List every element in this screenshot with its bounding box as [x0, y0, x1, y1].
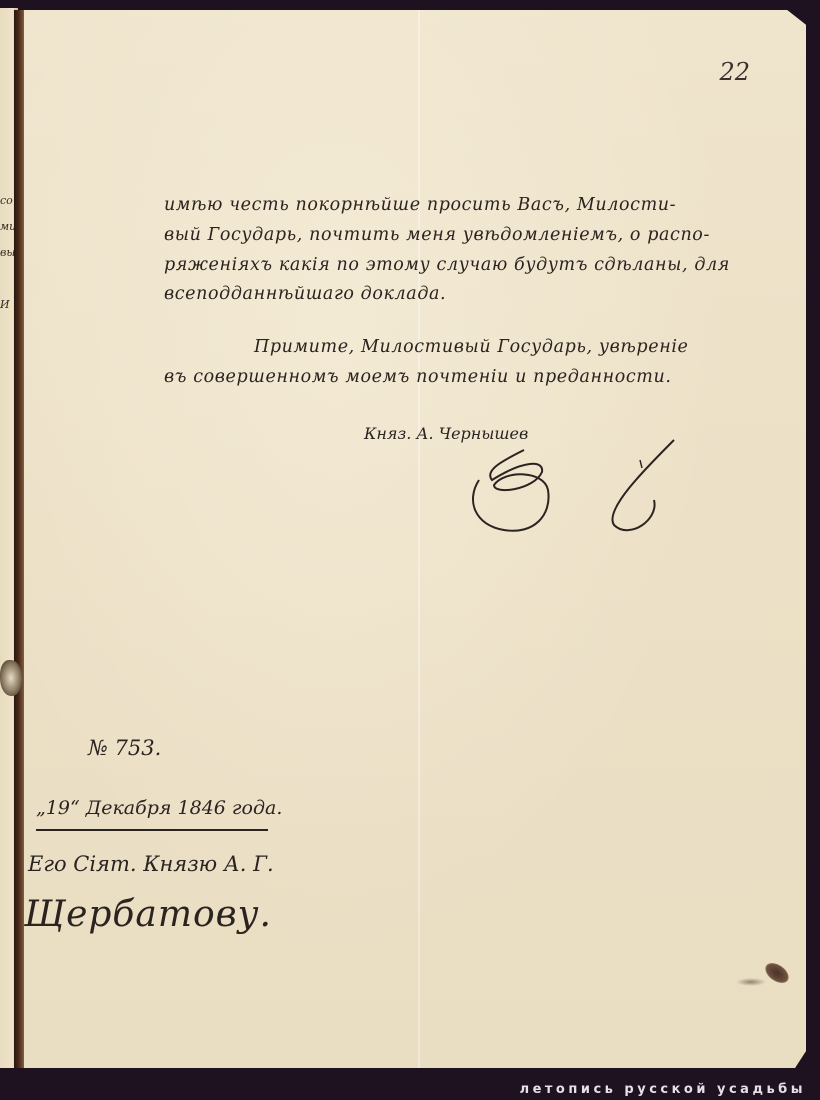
- paper-stain: [736, 978, 766, 986]
- addressee-surname: Щербатову.: [24, 894, 272, 935]
- watermark: летопись русской усадьбы: [520, 1082, 806, 1097]
- manuscript-page: 22 имѣю честь покорнѣйше просить Васъ, М…: [24, 10, 806, 1068]
- folio-number: 22: [719, 58, 750, 86]
- body-line: всеподданнѣйшаго доклада.: [164, 284, 446, 304]
- body-line: вый Государь, почтить меня увѣдомленіемъ…: [164, 225, 710, 245]
- body-line: ряженіяхъ какія по этому случаю будутъ с…: [164, 255, 730, 275]
- body-line: имѣю честь покорнѣйше просить Васъ, Мило…: [164, 195, 676, 215]
- binding-thread: [0, 660, 22, 696]
- addressee-title: Его Сіят. Князю А. Г.: [28, 852, 274, 876]
- signature-flourish-icon: [464, 430, 694, 550]
- paper-fold-line: [418, 10, 420, 1068]
- date-underline: [36, 829, 268, 831]
- document-number: № 753.: [88, 736, 161, 760]
- closing-line: въ совершенномъ моемъ почтеніи и преданн…: [164, 367, 672, 387]
- closing-line: Примите, Милостивый Государь, увѣреніе: [254, 337, 688, 357]
- document-date: „19“ Декабря 1846 года.: [36, 797, 282, 819]
- ink-stain: [762, 959, 792, 987]
